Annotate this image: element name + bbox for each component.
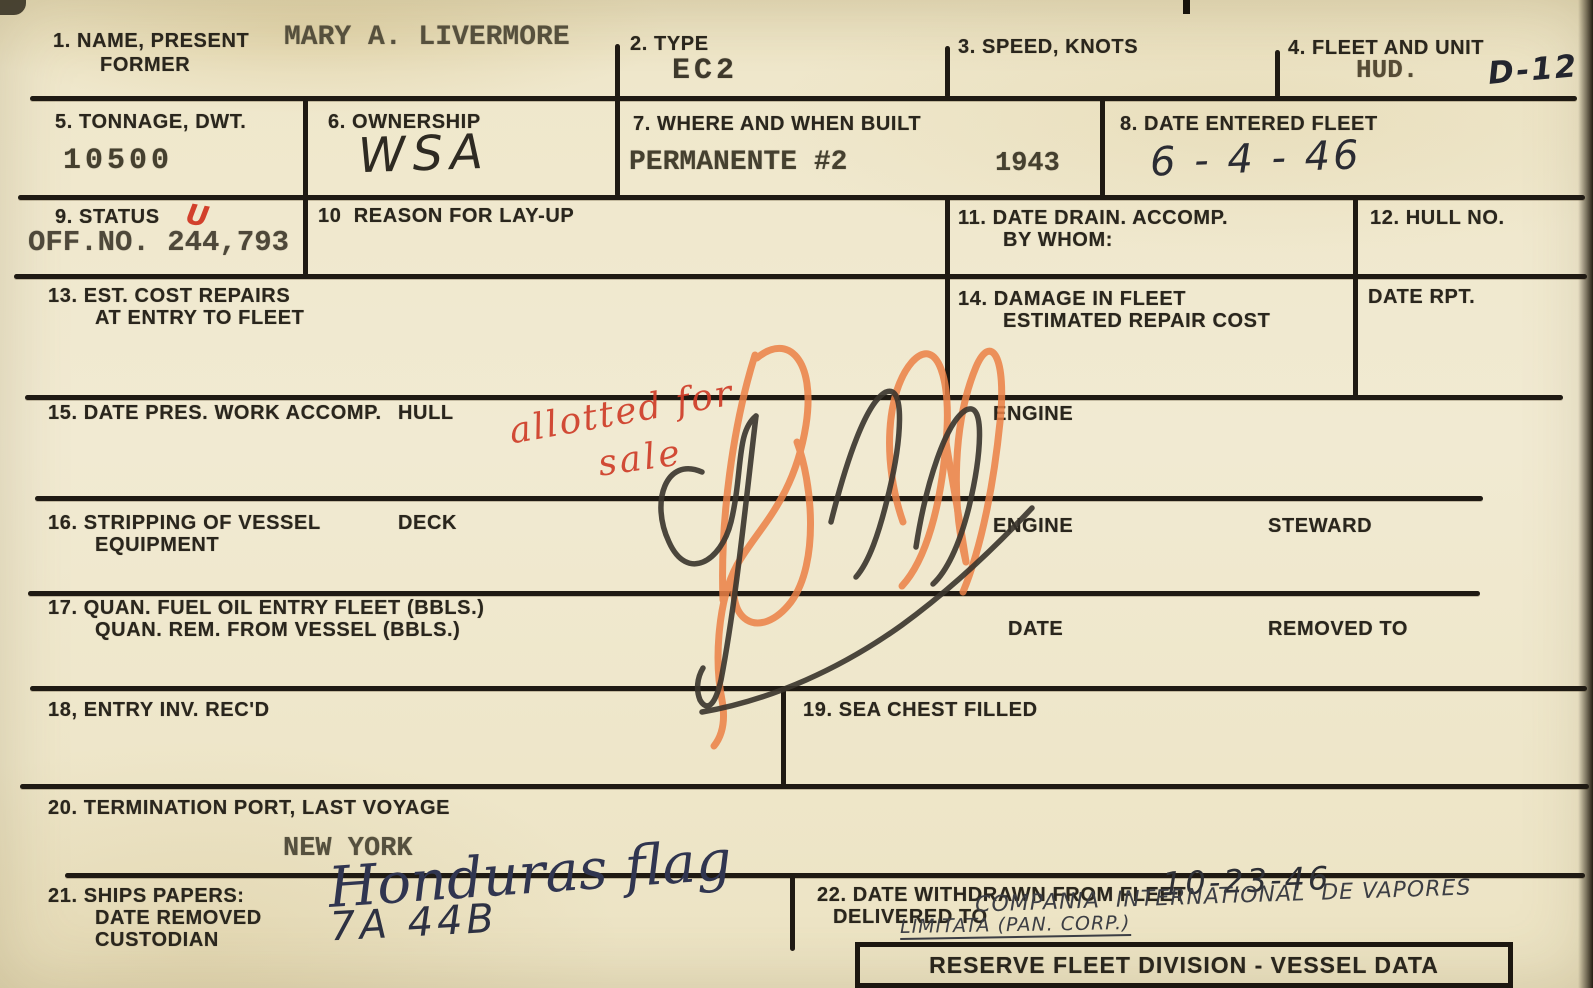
field1-label2: FORMER	[100, 54, 190, 76]
field21-label2: DATE REMOVED	[95, 907, 262, 929]
field2-value: EC2	[672, 54, 738, 88]
reserve-fleet-stamp: RESERVE FLEET DIVISION - VESSEL DATA	[855, 942, 1513, 988]
divider-11-12-14	[1353, 197, 1358, 397]
scan-right-edge	[1578, 0, 1593, 988]
field20-label: 20. TERMINATION PORT, LAST VOYAGE	[48, 797, 450, 819]
field13-label2: AT ENTRY TO FLEET	[95, 307, 304, 329]
field3-label: 3. SPEED, KNOTS	[958, 36, 1138, 58]
divider-10-11-13-14	[945, 197, 950, 397]
field17-col-date: DATE	[1008, 618, 1063, 640]
rule-row7-bottom	[30, 686, 1587, 691]
field4-handwritten-code: D-12	[1487, 48, 1580, 92]
field16-label: 16. STRIPPING OF VESSEL	[48, 512, 321, 534]
field14-label2: ESTIMATED REPAIR COST	[1003, 310, 1270, 332]
field17-label: 17. QUAN. FUEL OIL ENTRY FLEET (BBLS.)	[48, 597, 485, 619]
allotted-for-sale-annotation-line2: sale	[596, 432, 686, 484]
rule-row2-bottom	[18, 195, 1585, 200]
rule-row1-bottom	[30, 96, 1577, 101]
field21-label3: CUSTODIAN	[95, 929, 219, 951]
field7-value: PERMANENTE #2	[629, 147, 847, 178]
divider-5-6-9-10	[303, 98, 308, 276]
divider-7-8	[1100, 98, 1105, 197]
field13-label: 13. EST. COST REPAIRS	[48, 285, 290, 307]
vessel-data-card: 1. NAME, PRESENT FORMER MARY A. LIVERMOR…	[0, 0, 1593, 988]
field2-label: 2. TYPE	[630, 33, 709, 55]
field4-value: HUD.	[1356, 55, 1418, 85]
divider-1-2	[615, 44, 620, 197]
field5-label: 5. TONNAGE, DWT.	[55, 111, 246, 133]
field21-handwritten-code: 7A 44B	[329, 896, 499, 951]
field7-value-year: 1943	[995, 149, 1060, 179]
field18-label: 18, ENTRY INV. REC'D	[48, 699, 270, 721]
field15-col-engine: ENGINE	[993, 403, 1073, 425]
field16-label2: EQUIPMENT	[95, 534, 219, 556]
field17-col-removed-to: REMOVED TO	[1268, 618, 1408, 640]
field8-handwritten-value: 6 - 4 - 46	[1149, 132, 1362, 185]
rule-row6-bottom	[28, 591, 1480, 596]
field1-value: MARY A. LIVERMORE	[284, 22, 570, 53]
field10-label: 10 REASON FOR LAY-UP	[318, 205, 574, 227]
field5-value: 10500	[63, 144, 173, 178]
scan-corner-mark	[0, 0, 26, 15]
field17-label2: QUAN. REM. FROM VESSEL (BBLS.)	[95, 619, 460, 641]
field21-label: 21. SHIPS PAPERS:	[48, 885, 245, 907]
field9-value: OFF.NO. 244,793	[28, 226, 289, 259]
divider-2-3	[945, 46, 950, 98]
field14-label: 14. DAMAGE IN FLEET	[958, 288, 1186, 310]
field19-label: 19. SEA CHEST FILLED	[803, 699, 1038, 721]
field15-col-hull: HULL	[398, 402, 454, 424]
field15-label: 15. DATE PRES. WORK ACCOMP.	[48, 402, 382, 424]
field16-col-engine: ENGINE	[993, 515, 1073, 537]
field6-handwritten-value: WSA	[357, 124, 491, 185]
scan-edge-tick	[1183, 0, 1190, 14]
field16-col-deck: DECK	[398, 512, 457, 534]
divider-18-19	[781, 686, 786, 786]
field8-label: 8. DATE ENTERED FLEET	[1120, 113, 1378, 135]
divider-21-22	[790, 873, 795, 951]
field7-label: 7. WHERE AND WHEN BUILT	[633, 113, 921, 135]
field11-label2: BY WHOM:	[1003, 229, 1113, 251]
field16-col-steward: STEWARD	[1268, 515, 1372, 537]
field11-label: 11. DATE DRAIN. ACCOMP.	[958, 207, 1228, 229]
rule-row5-bottom	[35, 496, 1483, 501]
divider-3-4	[1275, 50, 1280, 98]
field14-side-label: DATE RPT.	[1368, 286, 1475, 308]
reserve-fleet-stamp-label: RESERVE FLEET DIVISION - VESSEL DATA	[929, 954, 1439, 976]
field9-label: 9. STATUS	[55, 206, 160, 228]
field12-label: 12. HULL NO.	[1370, 207, 1505, 229]
rule-row9-bottom	[65, 873, 1585, 878]
field1-label: 1. NAME, PRESENT	[53, 30, 249, 52]
rule-row4-bottom	[25, 395, 1563, 400]
rule-row3-bottom	[14, 274, 1587, 279]
rule-row8-bottom	[20, 784, 1589, 789]
field22-handwritten-delivered-to2: LIMITATA (PAN. CORP.)	[900, 912, 1131, 940]
